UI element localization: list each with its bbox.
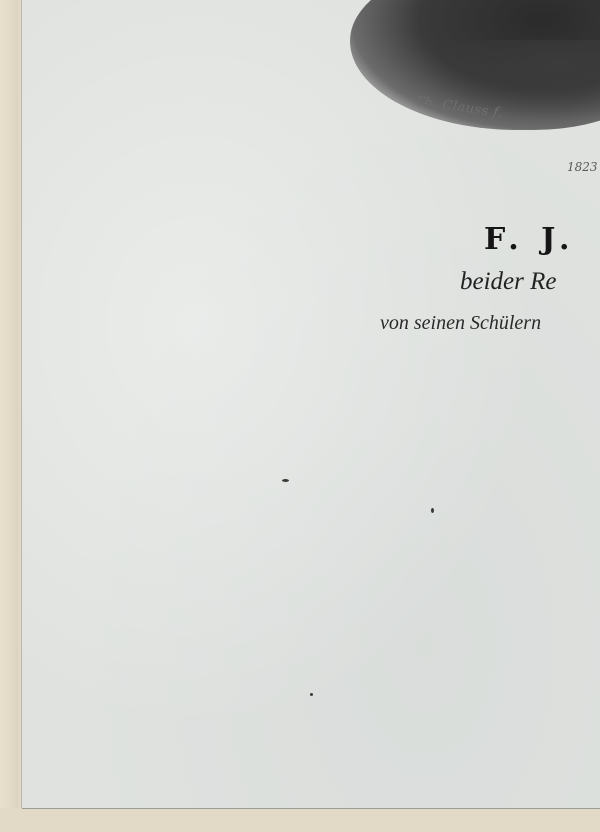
mat-board-bottom [0,808,600,832]
paper-speck [431,508,434,513]
paper-speck [310,693,313,696]
dedication-line-2: von seinen Schülern [380,312,541,335]
signature-date: 1823 [567,160,598,174]
title-initials: F. J. [484,222,575,257]
paper-speck [282,479,289,482]
dedication-line-1: beider Re [460,268,556,296]
